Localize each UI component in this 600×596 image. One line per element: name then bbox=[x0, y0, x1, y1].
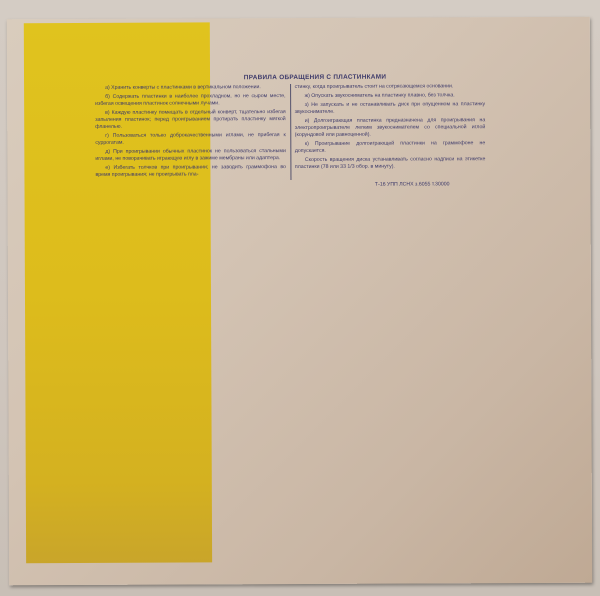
rule-paragraph: в) Каждую пластинку помещать в отдельный… bbox=[95, 109, 286, 131]
print-imprint: Т-16 УПП ЛСНХ з.6055 т.30000 bbox=[95, 181, 485, 190]
rule-paragraph: е) Избегать толчков при проигрывании; не… bbox=[95, 164, 286, 179]
rule-paragraph: а) Хранить конверты с пластинками в верт… bbox=[95, 84, 286, 92]
rule-paragraph: к) Проигрывание долгоиграющей пластинки … bbox=[295, 140, 486, 155]
rule-paragraph: д) При проигрывании обычных пластинок не… bbox=[95, 148, 286, 163]
rules-left-column: а) Хранить конверты с пластинками в верт… bbox=[95, 84, 291, 181]
rules-right-column: стинку, когда проигрыватель стоит на сот… bbox=[291, 83, 486, 180]
rule-paragraph: Скорость вращения диска устанавливать со… bbox=[295, 156, 486, 171]
rule-paragraph: ж) Опускать звукосниматель на пластинку … bbox=[295, 92, 486, 100]
rule-paragraph: з) Не запускать и не останавливать диск … bbox=[295, 101, 486, 116]
rules-title: ПРАВИЛА ОБРАЩЕНИЯ С ПЛАСТИНКАМИ bbox=[145, 73, 485, 81]
rule-paragraph: г) Пользоваться только доброкачественным… bbox=[95, 132, 286, 147]
rule-paragraph: стинку, когда проигрыватель стоит на сот… bbox=[295, 83, 486, 91]
record-sleeve-back: ПРАВИЛА ОБРАЩЕНИЯ С ПЛАСТИНКАМИ а) Храни… bbox=[7, 17, 592, 586]
handling-rules-text: ПРАВИЛА ОБРАЩЕНИЯ С ПЛАСТИНКАМИ а) Храни… bbox=[95, 73, 485, 190]
rule-paragraph: и) Долгоиграющая пластинка предназначена… bbox=[295, 117, 486, 139]
rule-paragraph: б) Содержать пластинки в наиболее прохла… bbox=[95, 93, 286, 108]
